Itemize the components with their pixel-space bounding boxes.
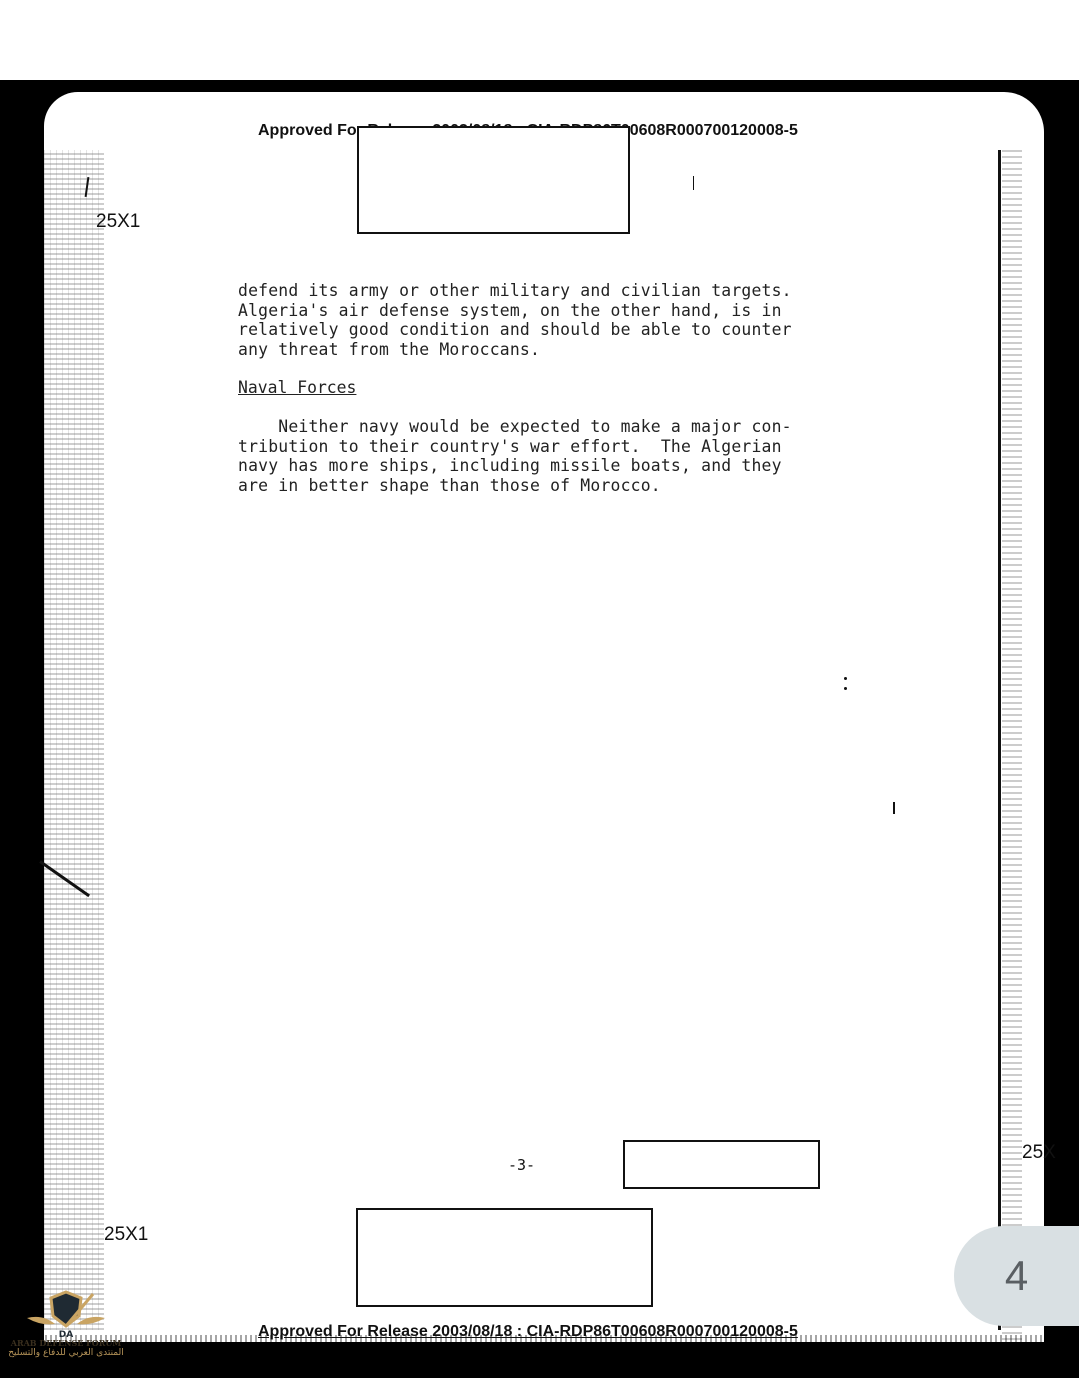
watermark-logo: DA ARAB DEFENSE FORUM المنتدى العربي للد… xyxy=(6,1288,126,1376)
scan-noise-left xyxy=(44,150,104,1330)
redaction-box-top xyxy=(357,126,630,234)
text-line: any threat from the Moroccans. xyxy=(238,340,792,360)
text-line: navy has more ships, including missile b… xyxy=(238,456,792,476)
scan-mark xyxy=(693,176,694,190)
text-line: defend its army or other military and ci… xyxy=(238,281,792,301)
exemption-code-bottom-left: 25X1 xyxy=(104,1224,148,1246)
watermark-arabic: المنتدى العربي للدفاع والتسليح xyxy=(6,1348,126,1358)
document-page xyxy=(44,92,1044,1342)
scan-mark xyxy=(844,677,847,680)
paragraph-air-defense: defend its army or other military and ci… xyxy=(238,281,792,359)
release-footer: Approved For Release 2003/08/18 : CIA-RD… xyxy=(258,1323,798,1341)
shield-wings-icon: DA xyxy=(21,1288,111,1338)
text-line: are in better shape than those of Morocc… xyxy=(238,476,792,496)
page-count-badge[interactable]: 4 xyxy=(954,1226,1079,1326)
redaction-box-bottom-right xyxy=(623,1140,820,1189)
paragraph-naval-forces: Neither navy would be expected to make a… xyxy=(238,417,792,495)
text-line: Neither navy would be expected to make a… xyxy=(238,417,792,437)
page-count-label: 4 xyxy=(1005,1252,1028,1300)
scan-noise-bottom xyxy=(0,1335,1079,1378)
exemption-code-bottom-right: 25X xyxy=(1022,1142,1056,1164)
exemption-code-top-left: 25X1 xyxy=(96,211,140,233)
text-line: tribution to their country's war effort.… xyxy=(238,437,792,457)
scan-mark xyxy=(893,802,895,814)
watermark-name: ARAB DEFENSE FORUM xyxy=(6,1338,126,1348)
page-edge-line xyxy=(998,150,1001,1330)
scan-mark xyxy=(844,687,847,690)
svg-text:DA: DA xyxy=(59,1330,73,1338)
text-line: Algeria's air defense system, on the oth… xyxy=(238,301,792,321)
text-line: relatively good condition and should be … xyxy=(238,320,792,340)
page-number: -3- xyxy=(508,1156,535,1174)
scan-noise-right xyxy=(1002,150,1022,1340)
section-heading-naval-forces: Naval Forces xyxy=(238,378,356,397)
redaction-box-bottom xyxy=(356,1208,653,1307)
